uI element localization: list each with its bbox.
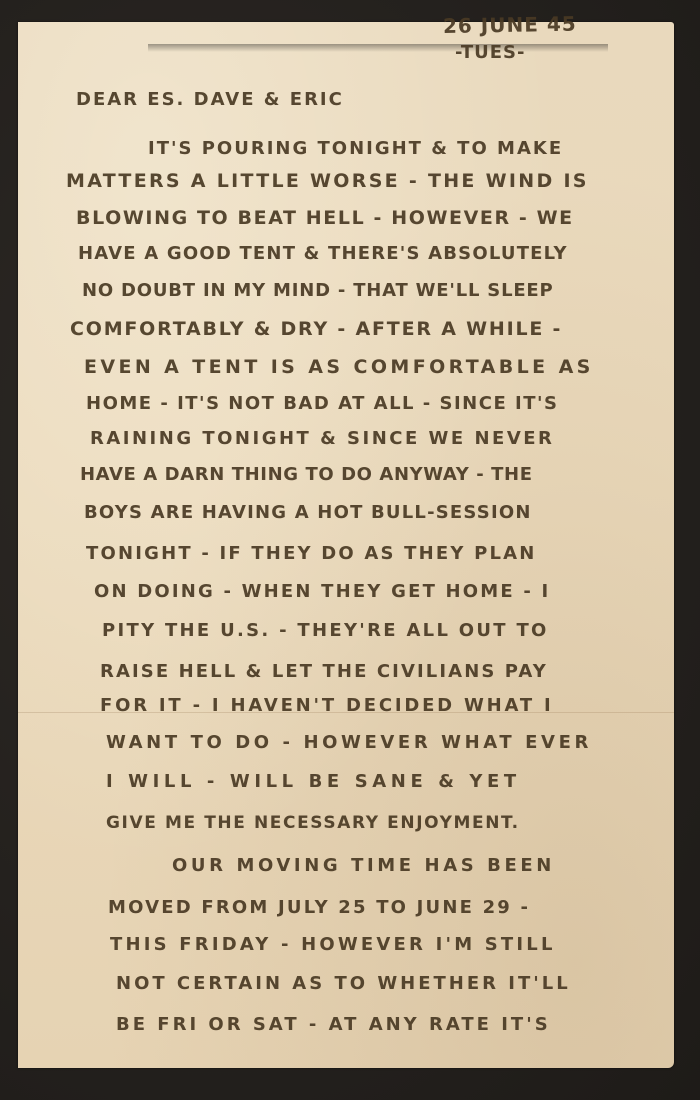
letter-line: this Friday - However I'm still xyxy=(110,936,556,954)
letter-line: blowing to beat hell - However - we xyxy=(76,209,574,228)
letter-line: be Fri or Sat - At any rate it's xyxy=(116,1016,551,1034)
letter-line: even a tent is as comfortable as xyxy=(84,358,594,377)
letter-line: moved from July 25 to June 29 - xyxy=(108,899,530,917)
letter-line: home - It's not bad at all - Since it's xyxy=(86,395,558,413)
letter-line: pity the U.S. - They're all out to xyxy=(102,622,549,640)
paper-edge-shadow xyxy=(148,44,608,52)
letter-line: for it - I haven't decided what I xyxy=(100,697,553,715)
letter-line: no doubt in my mind - that we'll sleep xyxy=(82,282,554,300)
letter-line: raise hell & let the civilians pay xyxy=(100,663,548,681)
letter-line: Our moving time has been xyxy=(172,857,555,875)
letter-line: It's pouring tonight & to make xyxy=(148,140,563,158)
letter-day: -Tues- xyxy=(455,44,525,62)
letter-line: tonight - If they do as they plan xyxy=(86,545,537,563)
letter-line: boys are having a hot bull-session xyxy=(84,504,532,522)
letter-line: comfortably & dry - After a while - xyxy=(70,320,562,339)
letter-salutation: Dear Es. Dave & Eric xyxy=(76,91,344,109)
letter-line: want to do - However what ever xyxy=(106,734,592,752)
letter-line: give me the necessary enjoyment. xyxy=(106,815,520,832)
letter-line: matters a little worse - the wind is xyxy=(66,172,589,191)
letter-line: on doing - when they get home - I xyxy=(94,583,550,601)
letter-line: not certain as to whether it'll xyxy=(116,975,571,993)
letter-line: I will - will be sane & yet xyxy=(106,773,521,791)
letter-line: raining tonight & since we never xyxy=(90,430,554,448)
letter-line: have a darn thing to do anyway - the xyxy=(80,466,533,484)
letter-date: 26 June 45 xyxy=(443,14,577,36)
letter-line: have a good tent & there's absolutely xyxy=(78,245,568,263)
